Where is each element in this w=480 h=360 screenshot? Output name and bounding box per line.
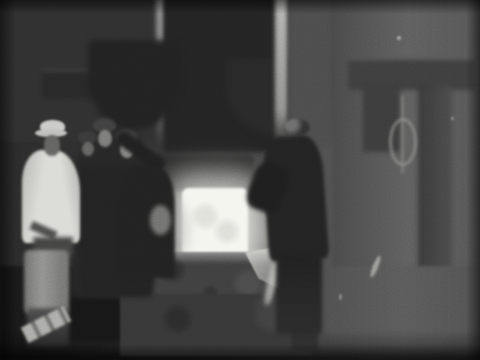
foreman-head (44, 135, 60, 156)
film-still-photo (0, 0, 480, 360)
film-dust-speck (397, 36, 401, 40)
operator-lit-profile (150, 205, 171, 235)
frame-edge-left (0, 0, 16, 360)
wall-ring (389, 118, 417, 166)
foreman-trousers (24, 250, 69, 314)
frame-edge-right (466, 0, 480, 360)
right-worker-legs (276, 256, 322, 334)
worker-face (98, 130, 112, 147)
frame-edge-bottom (0, 344, 480, 360)
molten-metal-core (182, 188, 248, 258)
frame-edge-top (0, 0, 480, 14)
film-dust-speck (451, 117, 454, 120)
film-dust-speck (339, 294, 342, 300)
worker-face (82, 142, 94, 156)
right-worker-cap (283, 119, 310, 136)
scene-layers (0, 0, 480, 360)
